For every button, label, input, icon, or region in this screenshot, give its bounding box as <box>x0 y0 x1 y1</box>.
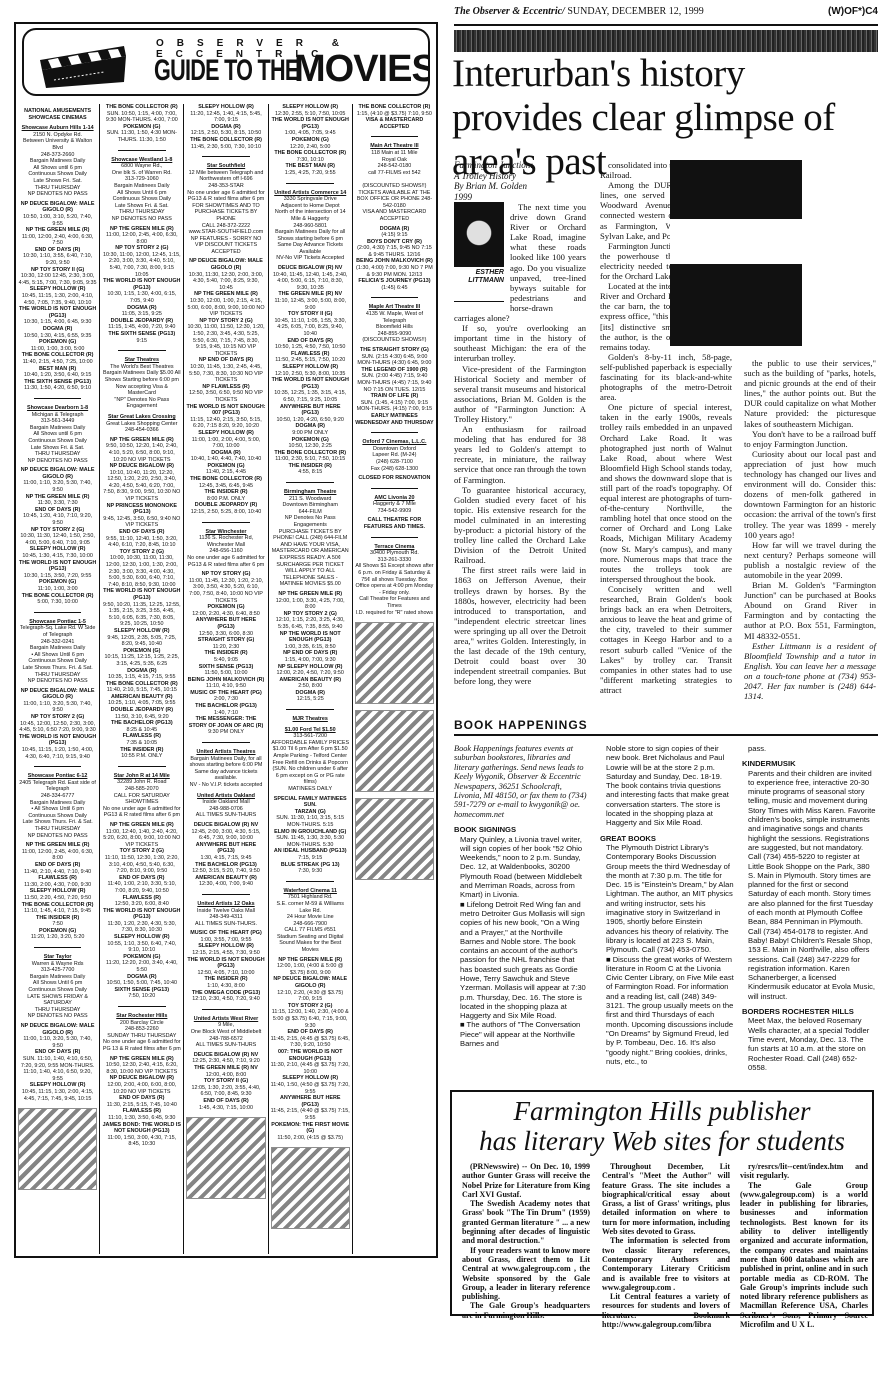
showtimes: 1:00, 3:55, 7:00, 9:55 <box>186 937 265 944</box>
film-title: SIXTH SENSE (PG13) <box>102 987 181 994</box>
showtimes: 10:45, 11:15, 1:30, 2:00, 4:15, 4:45, 7:… <box>18 1089 97 1102</box>
showtimes: 10:30, 11:30, 12:40, 1:50, 2:50, 4:00, 5… <box>18 533 97 546</box>
film-title: ANYWHERE BUT HERE (PG13) <box>186 617 265 630</box>
showtimes: 1:10, 4:30, 8:00 <box>186 983 265 990</box>
showtimes: 2:50, 8:00 <box>271 683 350 690</box>
showtimes: 11:30, 2:00, 4:30, 7:00, 9:30 <box>18 882 97 889</box>
article-paragraph: Curiosity about our local past and appre… <box>744 449 876 540</box>
showtimes: 11:00, 12:00, 2:45, 4:00, 6:30, 8:00 <box>18 849 97 862</box>
author-photo-caption: ESTHER LITTMANN <box>454 269 504 285</box>
showtimes: 7:15, 9:15 <box>271 855 350 862</box>
film-title: NP TOY STORY 2 (G) <box>18 527 97 534</box>
showtimes: 11:20, 12:20, 2:00, 3:40, 4:40, 5:50 <box>102 960 181 973</box>
showtimes: SUN. 11:45, 1:30, 3:30, 5:30 MON-THURS. … <box>271 835 350 848</box>
film-title: DOGMA (R) <box>355 226 434 233</box>
film-title: THE WORLD IS NOT ENOUGH (PG13) <box>18 734 97 747</box>
film-title: THE BONE COLLECTOR (R) <box>102 681 181 688</box>
theater-listing: Birmingham Theatre211 S. Woodward Downto… <box>271 489 350 588</box>
film-title: THE INSIDER (R) <box>186 650 265 657</box>
theater-name: Star Taylor <box>18 954 97 961</box>
theater-listing: Showcase Dearborn 1-8Michigan & Telegrap… <box>18 405 97 464</box>
theater-note: CLOSED FOR RENOVATION <box>355 475 434 482</box>
theater-name: Birmingham Theatre <box>271 489 350 496</box>
now-showing-art <box>355 622 434 704</box>
theater-info: 9 Mile, One Block West of Middlebelt 248… <box>186 1022 265 1048</box>
film-title: NP SLEEPY HOLLOW (R) <box>271 664 350 671</box>
showtimes: 11:40, 1:00, 2:10, 3:30, 5:10, 7:00, 8:2… <box>102 881 181 894</box>
film-title: SLEEPY HOLLOW (R) <box>102 628 181 635</box>
theater-info: 6800 Wayne Rd., One blk S. of Warren Rd.… <box>102 163 181 222</box>
theater-info: Great Lakes Shopping Center 248-454-0366 <box>102 421 181 434</box>
showtimes: 9:55, 11:10, 12:40, 1:50, 3:20, 4:40, 6:… <box>102 536 181 549</box>
divider <box>118 1006 166 1007</box>
showtimes: 10:50, 1:20, 4:20, 6:50, 9:20 <box>271 417 350 424</box>
theater-listing: $1.00 Ford Tel $1.50313-561-7200 AFFORDA… <box>271 727 350 793</box>
showtimes: 11:30, 1:20, 2:30, 4:30, 5:30, 7:30, 8:3… <box>102 921 181 934</box>
film-title: POKEMON (G) <box>18 928 97 935</box>
chain-name: National Amusements Showcase Cinemas <box>18 108 97 121</box>
film-title: FLAWLESS (R) <box>18 875 97 882</box>
theater-name: Maple Art Theatre III <box>355 304 434 311</box>
theater-info: Michigan & Telegraph 313-561-3449 Bargai… <box>18 412 97 465</box>
showtimes: 10:30, 12:00 12:45, 2:30, 3:00, 4:45, 5:… <box>18 273 97 286</box>
theater-info: 7501 Highland Rd. S.E. corner M-59 & Wil… <box>271 894 350 953</box>
article-column-3: the public to use their services," such … <box>744 358 876 701</box>
gale-paragraph: The information is selected from two cla… <box>602 1236 730 1292</box>
gale-paragraph: ry/resrcs/lit--cent/index.htm and visit … <box>740 1162 868 1181</box>
showtimes: 9:50, 10:50, 12:20, 1:40, 2:40, 4:10, 5:… <box>102 443 181 463</box>
divider <box>202 742 250 743</box>
divider <box>34 947 82 948</box>
article-paragraph: Brian M. Golden's "Farmington Junction" … <box>744 580 876 641</box>
divider <box>202 522 250 523</box>
divider <box>118 766 166 767</box>
film-title: END OF DAYS (R) <box>18 507 97 514</box>
showtimes: 9:15 <box>102 338 181 345</box>
now-showing-art <box>355 798 434 880</box>
film-title: DOGMA (R) <box>102 668 181 675</box>
book-title-line: Farmington Junction: <box>454 160 533 170</box>
theater-name: Star Rochester Hills <box>102 1013 181 1020</box>
theater-name: AMC Livonia 20 <box>355 495 434 502</box>
showtimes: 11:10, 12:45, 3:00, 5:00, 8:00, 9:00 <box>271 298 350 311</box>
showtimes: 1:00, 3:35, 6:15, 8:50 <box>271 644 350 651</box>
showtimes: 12:45, 3:45, 6:45, 9:45 <box>186 483 265 490</box>
film-title: THE INSIDER (R) <box>18 915 97 922</box>
showtimes: 11:00, 1:00, 2:00, 4:00, 5:00, 7:00, 10:… <box>186 437 265 450</box>
showtimes: 12:10, 2:20, (4:30 @ $3.75) 7:00, 9:15 <box>271 990 350 1003</box>
theater-name: Showcase Auburn Hills 1-14 <box>18 125 97 132</box>
film-title: TOY STORY 2 (G) <box>102 549 181 556</box>
showtimes: 12:15, 2:50, 5:30, 8:15, 10:50 <box>186 130 265 137</box>
theater-info: 211 S. Woodward Downtown Birmingham 644-… <box>271 496 350 588</box>
showtimes: 12:10, 2:30, 4:50, 7:20, 9:40 <box>186 996 265 1003</box>
film-title: POKEMON (G) <box>186 463 265 470</box>
showtimes: 7:30, 9:30 <box>271 868 350 875</box>
theater-name: Showcase Pontiac 1-5 <box>18 619 97 626</box>
film-title: THE LEGEND OF 1900 (R) <box>355 367 434 374</box>
film-title: BEING JOHN MALKOVICH (R) <box>186 677 265 684</box>
gale-paragraph: The Gale Group's headquarters are in Far… <box>462 1301 590 1320</box>
film-title: THE STRAIGHT STORY (G) <box>355 347 434 354</box>
showtimes: 12:15, 2:15, 4:55, 7:30, 9:50 <box>186 950 265 957</box>
film-title: SIXTH SENSE (PG13) <box>186 664 265 671</box>
film-title: POKEMON (G) <box>102 954 181 961</box>
film-title: FLAWLESS (R) <box>102 1108 181 1115</box>
film-title: NP THE GREEN MILE (R) <box>271 591 350 598</box>
showtimes: 10:30, 1:15, 3:50, 7:20, 9:55 <box>18 573 97 580</box>
film-title: DOGMA (R) <box>18 326 97 333</box>
film-title: END OF DAYS (R) <box>186 1098 265 1105</box>
film-title: END OF DAYS (R) <box>102 1095 181 1102</box>
showtimes: 11:30, 1:50, 4:20, 6:50, 9:10 <box>18 385 97 392</box>
theater-name: Star Southfield <box>186 163 265 170</box>
theater-name: Main Art Theatre III <box>355 143 434 150</box>
gale-headline: Farmington Hills publisher has literary … <box>452 1096 872 1156</box>
movie-guide: OBSERVER & ECCENTRIC GUIDE TO THE MOVIES… <box>14 22 438 1258</box>
film-title: SPECIAL FAMILY MATINEES SUN. <box>271 796 350 809</box>
guide-column-4: SLEEPY HOLLOW (R)12:30, 2:55, 5:10, 7:50… <box>269 104 353 1254</box>
showtimes: 11:30, 2:10, (4:45 @ $3.75) 7:20, 10:00 <box>271 1062 350 1075</box>
theater-info: 2150 N. Opdyke Rd. Between University & … <box>18 132 97 198</box>
theater-listing: Star Rochester Hills200 Barclay Circle 2… <box>102 1013 181 1053</box>
showtimes: 10:10, 10:40, 11:20, 12:20, 12:50, 1:20,… <box>102 470 181 503</box>
theater-name: Waterford Cinema 11 <box>271 888 350 895</box>
film-title: THE MESSENGER: THE STORY OF JOAN OF ARC … <box>186 716 265 729</box>
film-title: NP TOY STORY 2 (G) <box>271 611 350 618</box>
guide-column-2: THE BONE COLLECTOR (R)SUN. 10:50, 1:15, … <box>100 104 184 1254</box>
showtimes: 11:00, 12:00, 2:45, 4:00, 6:30, 8:00 <box>102 232 181 245</box>
divider <box>371 136 419 137</box>
showtimes: SUN. 11:30, 1:50, 4:30 MON-THURS. 11:30,… <box>102 130 181 143</box>
showtimes: 11:00, 12:40, 1:40, 2:40, 4:20, 5:20, 6:… <box>102 829 181 849</box>
gale-group-story: Farmington Hills publisher has literary … <box>450 1090 874 1316</box>
gale-paragraph: Throughout December, Lit Central's "Meet… <box>602 1162 730 1236</box>
showtimes: 12:20, 2:40, 5:00 <box>271 144 350 151</box>
film-title: NP DEUCE BIGALOW (R) <box>102 463 181 470</box>
issue-date: SUNDAY, DECEMBER 12, 1999 <box>567 6 703 17</box>
theater-listing: Oxford 7 Cinemas, L.L.C.Downtown Oxford … <box>355 439 434 472</box>
showtimes: 12:50, 3:15, 5:20, 7:40, 9:50 <box>186 868 265 875</box>
theater-listing: Main Art Theatre III118 Main at 11 Mile … <box>355 143 434 222</box>
showtimes: 10:30, 1:10, 3:55, 6:40, 7:10, 9:20, 9:5… <box>18 253 97 266</box>
showtimes: 11:40, 1:50, (4:50 @ $3.75) 7:20, 9:55 <box>271 1082 350 1095</box>
showtimes: 10:35, 1:15, 4:15, 7:15, 9:55 <box>102 674 181 681</box>
showtimes: 10:25, 1:10, 4:05, 7:05, 9:55 <box>102 700 181 707</box>
film-title: DOUBLE JEOPARDY (R) <box>186 502 265 509</box>
theater-info: 2405 Telegraph Rd. East side of Telegrap… <box>18 780 97 839</box>
theater-listing: Star John R at 14 Mile32289 John R. Road… <box>102 773 181 819</box>
article-paragraph: To guarantee historical accuracy, Golden… <box>454 485 586 566</box>
film-title: END OF DAYS (R) <box>271 338 350 345</box>
divider <box>371 537 419 538</box>
showtimes: 11:40, 2:10, 4:40, 7:10, 9:40 <box>18 869 97 876</box>
article-paragraph: If so, you're overlooking an important t… <box>454 323 586 363</box>
event-paragraph: ■ Lifelong Detroit Red Wing fan and metr… <box>460 900 588 1021</box>
film-title: THE WORLD IS NOT ENOUGH (PG13) <box>271 377 350 390</box>
showtimes: 1:45, 4:30, 7:15, 10:00 <box>186 1105 265 1112</box>
film-title: POKEMON (G) <box>102 648 181 655</box>
showtimes: 10:50, 1:00, 3:10, 5:20, 7:40, 9:55 <box>18 214 97 227</box>
showtimes: 12:50, 4:05, 7:10, 10:00 <box>186 970 265 977</box>
theater-name: Star John R at 14 Mile <box>102 773 181 780</box>
film-title: NP THE GREEN MILE (R) <box>102 822 181 829</box>
showtimes: (4:15) 9:15 <box>355 232 434 239</box>
film-title: NP THE GREEN MILE (R) <box>18 494 97 501</box>
theater-info: Downtown Oxford Lapeer Rd. (M-24) (248) … <box>355 446 434 472</box>
theater-note: EARLY MATINEES WEDNESDAY AND THURSDAY <box>355 413 434 426</box>
event-paragraph: Parents and their children are invited t… <box>748 769 876 1001</box>
showtimes: 11:10, 1:45, 4:10, 7:15, 9:45 <box>18 908 97 915</box>
showtimes: 11:20, 1:20, 3:20, 5:20 <box>18 934 97 941</box>
film-title: POKEMON (G) <box>186 604 265 611</box>
theater-name: Oxford 7 Cinemas, L.L.C. <box>355 439 434 446</box>
film-title: THE GREEN MILE (R) NV <box>271 291 350 298</box>
gale-paragraph: The Swedish Academy notes that Grass' bo… <box>462 1199 590 1245</box>
film-title: NP THE WORLD IS NOT ENOUGH (PG13) <box>271 631 350 644</box>
showtimes: 11:00, 2:30, 5:10, 7:50, 10:15 <box>271 456 350 463</box>
film-title: THE SIXTH SENSE (PG13) <box>102 331 181 338</box>
showtimes: 10:45, 12:00, 12:50, 2:30, 3:00, 4:45, 5… <box>18 721 97 734</box>
theater-listing: Star Southfield12 Mile between Telegraph… <box>186 163 265 255</box>
theater-name: United Artists 12 Oaks <box>186 901 265 908</box>
divider <box>371 297 419 298</box>
book-byline: Farmington Junction: A Trolley History B… <box>454 160 586 202</box>
film-title: FLAWLESS (R) <box>271 351 350 358</box>
film-title: DOGMA (R) <box>186 124 265 131</box>
showtimes: 10:15, 11:25, 12:15, 1:25, 2:25, 3:15, 4… <box>102 654 181 667</box>
showtimes: 10:00, 10:30, 11:00, 11:30, 12:00, 12:30… <box>102 555 181 588</box>
showtimes: 11:10, 4:10, 9:50 <box>186 683 265 690</box>
film-title: THE BONE COLLECTOR (R) <box>18 902 97 909</box>
theater-name: Showcase Pontiac 6-12 <box>18 773 97 780</box>
page-code: (W)OF*)C4 <box>828 6 878 17</box>
showtimes: 11:50, 2:00, (4:15 @ $3.75) <box>271 1135 350 1142</box>
divider <box>34 398 82 399</box>
showtimes: 11:10, 1:30, 3:50, 6:45, 9:30 <box>102 1115 181 1122</box>
showtimes: 1:30, 4:15, 7:15, 9:45 <box>186 855 265 862</box>
film-title: NP THE GREEN MILE (R) <box>102 437 181 444</box>
film-title: SLEEPY HOLLOW (R) <box>186 943 265 950</box>
event-paragraph: Meet Max, the beloved Rosemary Wells cha… <box>748 1016 876 1072</box>
event-paragraph: Mary Quinley, a Livonia travel writer, w… <box>460 835 588 900</box>
film-title: AMERICAN BEAUTY (R) <box>102 694 181 701</box>
film-title: THE BACHELOR (PG13) <box>186 703 265 710</box>
showtimes: 11:10, 11:50, 12:30, 1:30, 2:20, 3:10, 4… <box>102 855 181 875</box>
film-title: ANYWHERE BUT HERE (PG13) <box>271 404 350 417</box>
now-showing-art <box>186 1117 265 1199</box>
film-title: NP DEUCE BIGALOW: MALE GIGOLO (R) <box>18 467 97 480</box>
showtimes: 12:50, 3:50, 6:50, 9:50 NO VIP TICKETS <box>186 390 265 403</box>
film-title: FLAWLESS (R) <box>102 895 181 902</box>
theater-listing: United Artists OaklandInside Oakland Mal… <box>186 793 265 819</box>
showtimes: 10:50, 1:25, 4:50, 7:50, 10:50 <box>271 344 350 351</box>
film-title: TOY STORY 2 (G) <box>271 1003 350 1010</box>
showtimes: 12:10, 1:15, 2:20, 3:25, 4:30, 5:35, 6:4… <box>271 617 350 630</box>
author-portrait-image <box>454 205 504 267</box>
event-paragraph: The Plymouth District Library's Contempo… <box>606 843 734 955</box>
showtimes: 10:50, 1:50, 5:00, 7:45, 10:40 <box>102 980 181 987</box>
film-title: THE WORLD IS NOT ENOUGH (PG13) <box>186 957 265 970</box>
film-title: NP PRINCESS MONONOKE (PG13) <box>102 503 181 516</box>
showtimes: 12:45, 2:00, 3:00, 4:30, 5:15, 6:45, 7:3… <box>186 829 265 842</box>
gale-column-1: (PRNewswire) -- On Dec. 10, 1999 author … <box>462 1162 590 1320</box>
showtimes: 11:45, 2:30, 5:00, 7:30, 10:10 <box>186 144 265 151</box>
film-title: SLEEPY HOLLOW (R) <box>271 104 350 111</box>
film-title: NP THE GREEN MILE (R) <box>186 291 265 298</box>
masthead: The Observer & Eccentric/ SUNDAY, DECEMB… <box>454 6 878 26</box>
theater-listing: Star Winchester1136 S. Rochester Rd, Win… <box>186 529 265 569</box>
theater-info: 12 Mile between Telegraph and Northweste… <box>186 170 265 256</box>
showtimes: 11:40, 2:10, 5:15, 7:45, 10:15 <box>102 687 181 694</box>
theater-note: Visa & Mastercard Accepted <box>355 117 434 130</box>
film-title: NP FLAWLESS (R) <box>186 384 265 391</box>
film-title: THE INSIDER (R) <box>102 747 181 754</box>
showtimes: 11:50, 5:00, 10:00 <box>186 670 265 677</box>
divider <box>286 881 334 882</box>
theater-name: MJR Theatres <box>271 716 350 723</box>
showtimes: 10:45, 1:20, 4:10, 7:10, 9:20, 9:50 <box>18 513 97 526</box>
theater-info: 313-561-7200 AFFORDABLE FAMILY PRICES $1… <box>271 733 350 792</box>
article-paragraph: How far will we travel during the next c… <box>744 540 876 580</box>
theater-listing: Terrace Cinema30400 Plymouth Rd. 313-261… <box>355 544 434 617</box>
theater-listing: Maple Art Theatre III4135 W. Maple, West… <box>355 304 434 344</box>
film-title: NP DEUCE BIGALOW: MALE GIGOLO (R) <box>18 688 97 701</box>
film-title: DOGMA (R) <box>271 423 350 430</box>
showtimes: 9:00 PM ONLY <box>271 430 350 437</box>
showtimes: 10:30, 11:00, 12:00, 12:45, 1:15, 2:20, … <box>102 252 181 278</box>
showtimes: SUN. 10:50, 1:15, 4:00, 7:00, 9:30 MON-T… <box>102 111 181 124</box>
film-title: MUSIC OF THE HEART (PG) <box>186 930 265 937</box>
showtimes: 12:50, 3:30, 6:00, 8:30 <box>186 631 265 638</box>
film-title: NP TOY STORY 2 (G) <box>102 245 181 252</box>
showtimes: 7:35 & 10:05 <box>102 740 181 747</box>
film-title: NP THE GREEN MILE (R) <box>18 227 97 234</box>
film-title: END OF DAYS (R) <box>18 247 97 254</box>
film-title: THE BONE COLLECTOR (R) <box>18 593 97 600</box>
guide-column-5: THE BONE COLLECTOR (R)1:15, (4:10 @ $3.7… <box>353 104 436 1254</box>
film-title: NP DEUCE BIGALOW (R) <box>102 1075 181 1082</box>
showtimes: 10:45, 1:30, 4:15, 7:30, 10:00 <box>18 553 97 560</box>
now-showing-art <box>355 710 434 792</box>
article-paragraph: Golden's 8-by-11 inch, 58-page, self-pub… <box>600 352 732 402</box>
theater-name: United Artists West River <box>186 1016 265 1023</box>
divider <box>202 1009 250 1010</box>
showtimes: 9:45, 12:45, 3:50, 6:50, 9:40 NO VIP TIC… <box>102 516 181 529</box>
now-showing-art <box>18 1108 97 1190</box>
article-paragraph: Concisely written and well researched, B… <box>600 584 732 695</box>
showtimes: SUN. (2:15 4:30) 6:45, 9:00 MON-THURS (4… <box>355 354 434 367</box>
film-title: DOGMA (R) <box>186 450 265 457</box>
event-paragraph: Noble store to sign copies of their new … <box>606 744 734 828</box>
film-title: NP END OF DAYS (R) <box>186 357 265 364</box>
showtimes: 11:10, 1:00, 3:00 <box>18 586 97 593</box>
showtimes: 10:45, 11:15, 1:30, 2:00, 4:10, 4:50, 7:… <box>18 293 97 306</box>
showtimes: 10:45, 11:10, 1:05, 1:55, 3:30, 4:25, 6:… <box>271 318 350 338</box>
film-title: BOYS DON'T CRY (R) <box>355 239 434 246</box>
film-title: NP DEUCE BIGALOW: MALE GIGOLO (R) <box>18 201 97 214</box>
theater-info: 118 Main at 11 Mile Royal Oak 248-542-01… <box>355 150 434 223</box>
showtimes: 11:50, 2:45, 5:15, 7:50, 10:20 <box>271 357 350 364</box>
trolley-photo <box>670 160 802 346</box>
theater-info: Bargain Matinees Daily, for all shows st… <box>186 756 265 789</box>
theater-name: Terrace Cinema <box>355 544 434 551</box>
film-title: NP TOY STORY 2 (G) <box>186 318 265 325</box>
divider <box>118 350 166 351</box>
film-title: END OF DAYS (R) <box>18 862 97 869</box>
theater-info: 3330 Springvale Drive Adjacent to Home D… <box>271 196 350 262</box>
showtimes: 1:00, 4:05, 7:05, 9:45 <box>271 130 350 137</box>
film-title: END OF DAYS (R) <box>102 529 181 536</box>
author-tagline: Esther Littmann is a resident of Bloomfi… <box>744 641 876 702</box>
film-title: DOUBLE JEOPARDY (R) <box>102 707 181 714</box>
theater-info: 200 Barclay Circle 248-853-2260 SUNDAY T… <box>102 1020 181 1053</box>
guide-column-3: SLEEPY HOLLOW (R)11:20, 12:45, 1:40, 4:1… <box>184 104 268 1254</box>
section-heading: GREAT BOOKS <box>600 834 734 843</box>
film-title: POKEMON (G) <box>271 437 350 444</box>
theater-info: 1136 S. Rochester Rd, Winchester Mall 24… <box>186 535 265 568</box>
theater-listing: United Artists TheatresBargain Matinees … <box>186 749 265 789</box>
showtimes: 11:45, 2:15, (4:40 @ $3.75) 7:15, 9:55 <box>271 1108 350 1121</box>
showtimes: 10:50, 12:30, 2:25 <box>271 443 350 450</box>
clapperboard-icon <box>34 38 130 90</box>
theater-listing: AMC Livonia 20Haggerty & 7 Mile 734-542-… <box>355 495 434 515</box>
film-title: THE SIXTH SENSE (PG13) <box>18 379 97 386</box>
showtimes: 12:00, 4:00, 8:00 <box>186 1072 265 1079</box>
film-title: BEST MAN (R) <box>18 366 97 373</box>
showtimes: 5:40, 9:05 <box>186 657 265 664</box>
showtimes: 4:55, 8:15 <box>271 469 350 476</box>
showtimes: 1:25, 4:25, 7:20, 9:55 <box>271 170 350 177</box>
theater-listing: United Artists 12 OaksInside Twelve Oaks… <box>186 901 265 927</box>
showtimes: 11:00, 1:10, 3:20, 5:30, 7:40, 9:50 <box>18 701 97 714</box>
theater-listing: Star TheatresThe World's Best Theatres B… <box>102 357 181 410</box>
film-title: THE BONE COLLECTOR (R) <box>355 104 434 111</box>
gale-column-2: Throughout December, Lit Central's "Meet… <box>602 1162 730 1329</box>
showtimes: 10:35, 12:25, 1:35, 3:15, 4:15, 6:50, 7:… <box>271 390 350 403</box>
showtimes: (1:45) 6:45 <box>355 285 434 292</box>
theater-name: United Artists Oakland <box>186 793 265 800</box>
showtimes: 11:15, 12:40, 2:15, 3:50, 5:15, 6:20, 7:… <box>186 417 265 430</box>
guide-title-left: GUIDE TO THE <box>154 54 299 88</box>
showtimes: (1:30, 4:00) 7:00, 9:30 NO 7 PM & 9:30 P… <box>355 265 434 278</box>
showtimes: 11:50, 2:20, 4:50, 7:20, 9:50 <box>18 895 97 902</box>
photo-sky <box>670 219 802 264</box>
film-title: 007: THE WORLD IS NOT ENOUGH (PG13) <box>271 1049 350 1062</box>
event-paragraph: pass. <box>748 744 876 753</box>
film-title: THE BEST MAN (R) <box>271 163 350 170</box>
divider <box>118 150 166 151</box>
film-title: DOGMA (R) <box>102 305 181 312</box>
guide-columns: National Amusements Showcase CinemasShow… <box>16 104 436 1254</box>
showtimes: 10:50, 1:30, 4:15, 6:55, 9:35 <box>18 333 97 340</box>
film-title: NP TOY STORY II (G) <box>18 267 97 274</box>
divider <box>286 709 334 710</box>
film-title: AMERICAN BEAUTY (R) <box>271 677 350 684</box>
theater-listing: Showcase Westland 1-86800 Wayne Rd., One… <box>102 157 181 223</box>
theater-name: Star Winchester <box>186 529 265 536</box>
film-title: THE BONE COLLECTOR (R) <box>271 450 350 457</box>
film-title: NP DEUCE BIGALOW: MALE GIGOLO (R) <box>186 258 265 271</box>
divider <box>371 488 419 489</box>
film-title: SLEEPY HOLLOW (R) <box>18 286 97 293</box>
event-paragraph: ■ The authors of "The Conversation Piece… <box>460 1020 588 1048</box>
film-title: SLEEPY HOLLOW (R) <box>186 430 265 437</box>
film-title: DOGMA (R) <box>102 974 181 981</box>
event-paragraph: ■ Discuss the great works of Western lit… <box>606 955 734 1067</box>
showtimes: 12:05, 1:30, 2:20, 3:55, 4:40, 6:50, 7:0… <box>186 1085 265 1098</box>
film-title: NP END OF DAYS (R) <box>271 650 350 657</box>
